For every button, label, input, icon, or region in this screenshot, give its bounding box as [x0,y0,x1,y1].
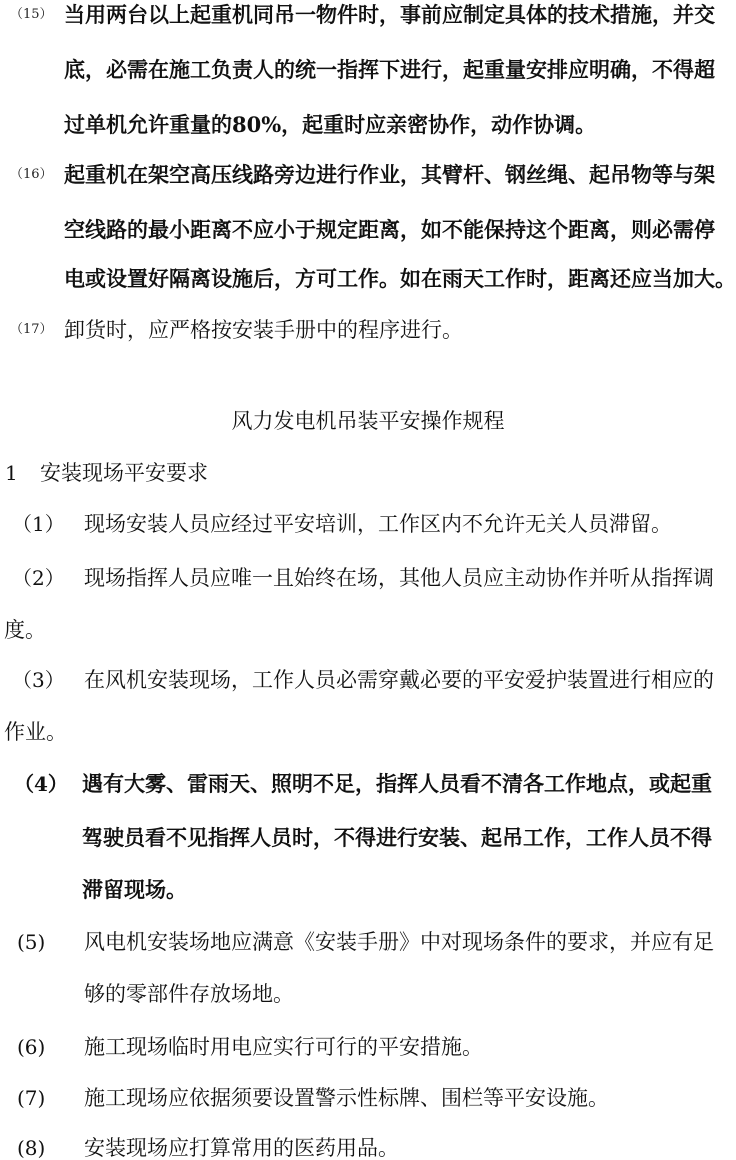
item-number: （2） [12,566,65,590]
paragraph-line: 起重机在架空高压线路旁边进行作业，其臂杆、钢丝绳、起吊物等与架 [64,163,715,187]
paragraph-line: 作业。 [4,720,67,744]
document-title: 风力发电机吊装平安操作规程 [0,409,736,433]
paragraph-line: 驾驶员看不见指挥人员时，不得进行安装、起吊工作，工作人员不得 [82,826,712,850]
paragraph-line: 卸货时，应严格按安装手册中的程序进行。 [64,318,463,342]
paragraph-line: 遇有大雾、雷雨天、照明不足，指挥人员看不清各工作地点，或起重 [82,772,712,796]
paragraph-line: 在风机安装现场，工作人员必需穿戴必要的平安爱护装置进行相应的 [84,668,714,692]
paragraph-line: 施工现场临时用电应实行可行的平安措施。 [84,1035,483,1059]
paragraph-line: 施工现场应依据须要设置警示性标牌、围栏等平安设施。 [84,1086,609,1110]
paragraph-line: 底，必需在施工负责人的统一指挥下进行，起重量安排应明确，不得超 [64,58,715,82]
item-number: （1） [12,512,65,536]
section-number: 1 [5,461,18,485]
paragraph-line: 现场安装人员应经过平安培训，工作区内不允许无关人员滞留。 [84,512,672,536]
paragraph-line: 风电机安装场地应满意《安装手册》中对现场条件的要求，并应有足 [84,930,714,954]
item-number: (8) [17,1136,45,1160]
item-number: （4） [14,772,68,796]
item-number: (7) [17,1086,45,1110]
paragraph-line: 过单机允许重量的80%，起重时应亲密协作，动作协调。 [64,113,596,137]
item-number: (6) [17,1035,45,1059]
item-number: （16） [10,163,53,187]
item-number: （17） [10,318,53,342]
paragraph-line: 现场指挥人员应唯一且始终在场，其他人员应主动协作并听从指挥调 [84,566,714,590]
paragraph-line: 电或设置好隔离设施后，方可工作。如在雨天工作时，距离还应当加大。 [64,267,736,291]
paragraph-line: 安装现场应打算常用的医药用品。 [84,1136,399,1160]
paragraph-line: 当用两台以上起重机同吊一物件时，事前应制定具体的技术措施，并交 [64,3,715,27]
paragraph-line: 空线路的最小距离不应小于规定距离，如不能保持这个距离，则必需停 [64,218,715,242]
section-title: 安装现场平安要求 [40,461,208,485]
item-number: （3） [12,668,65,692]
item-number: （15） [10,3,53,27]
item-number: (5) [17,930,45,954]
paragraph-line: 滞留现场。 [82,878,187,902]
paragraph-line: 度。 [4,618,46,642]
paragraph-line: 够的零部件存放场地。 [84,982,294,1006]
